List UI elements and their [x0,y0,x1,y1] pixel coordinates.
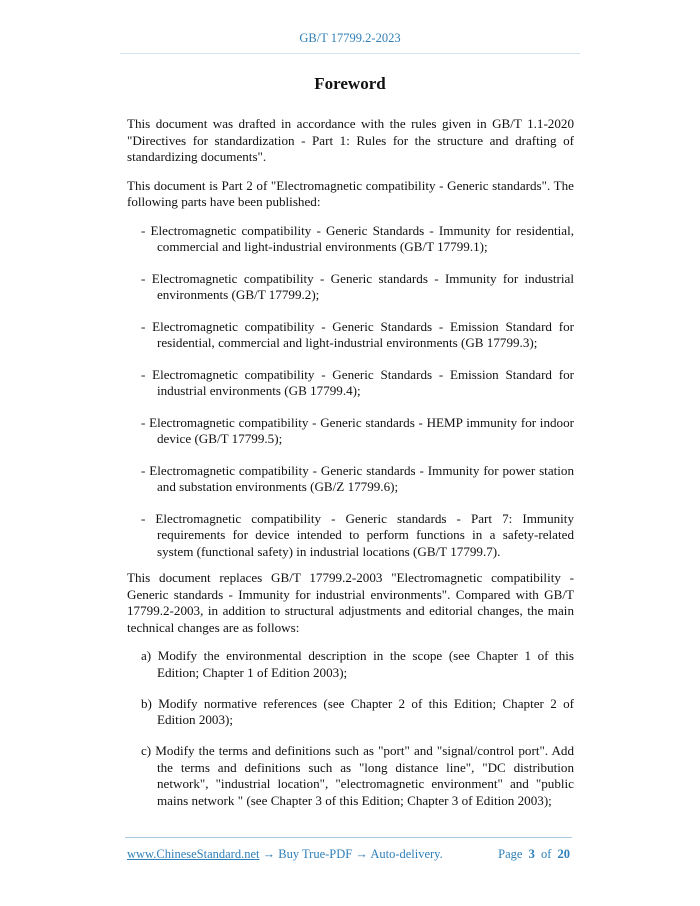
page-number: Page 3 of 20 [498,847,573,862]
page-label: Page [498,847,522,861]
header-divider [120,53,580,54]
paragraph-part-intro: This document is Part 2 of "Electromagne… [127,178,574,211]
list-item: - Electromagnetic compatibility - Generi… [127,415,574,448]
document-body: This document was drafted in accordance … [127,116,574,824]
current-page: 3 [529,847,535,861]
list-item: - Electromagnetic compatibility - Generi… [127,511,574,561]
list-item: - Electromagnetic compatibility - Generi… [127,223,574,256]
paragraph-drafting-rules: This document was drafted in accordance … [127,116,574,166]
total-pages: 20 [558,847,571,861]
arrow-right-icon: → [263,847,276,861]
auto-delivery-text: Auto-delivery. [370,847,442,861]
list-item: a) Modify the environmental description … [127,648,574,681]
list-item: b) Modify normative references (see Chap… [127,696,574,729]
arrow-right-icon: → [355,847,368,861]
list-item: - Electromagnetic compatibility - Generi… [127,271,574,304]
published-parts-list: - Electromagnetic compatibility - Generi… [127,223,574,561]
document-id-header: GB/T 17799.2-2023 [0,31,700,46]
of-label: of [541,847,551,861]
list-item: c) Modify the terms and definitions such… [127,743,574,809]
footer-promo: www.ChineseStandard.net → Buy True-PDF →… [127,847,443,862]
technical-changes-list: a) Modify the environmental description … [127,648,574,809]
list-item: - Electromagnetic compatibility - Generi… [127,463,574,496]
page-title: Foreword [0,74,700,94]
paragraph-replacement: This document replaces GB/T 17799.2-2003… [127,570,574,636]
list-item: - Electromagnetic compatibility - Generi… [127,367,574,400]
footer-divider [125,837,572,838]
list-item: - Electromagnetic compatibility - Generi… [127,319,574,352]
website-link[interactable]: www.ChineseStandard.net [127,847,260,861]
buy-pdf-text: Buy True-PDF [278,847,352,861]
